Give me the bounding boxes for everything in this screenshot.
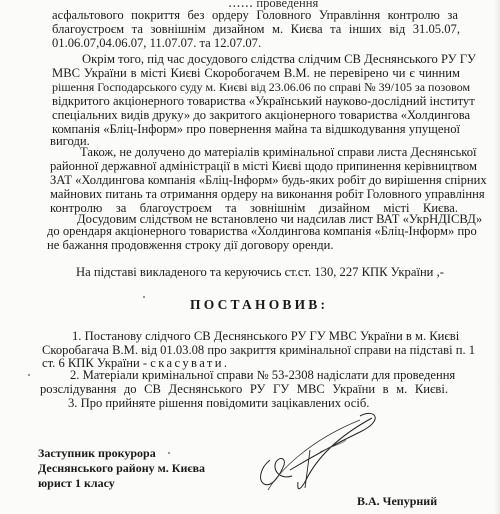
text-line: рішення Господарського суду м. Києві від…	[52, 80, 460, 94]
signatory-title-line: Заступник прокурора	[38, 446, 205, 461]
handwritten-signature-icon	[250, 410, 390, 500]
signatory-title: Заступник прокурора Деснянського району …	[38, 446, 205, 491]
text-line: МВС України в місті Києві Скоробогачем В…	[52, 66, 460, 80]
text-line: ЗАТ «Холдингова компанія «Бліц-Інформ» б…	[50, 173, 458, 187]
scanned-document-page: ‥‥‥ проведення асфальтового покриття без…	[0, 0, 500, 514]
text-line: 01.06.07,04.06.07, 11.07.07. та 12.07.07…	[52, 36, 261, 50]
text-line: не бажання продовження строку дії догово…	[47, 238, 334, 252]
resolution-item-2: 2. Матеріали кримінальної справи № 53-23…	[70, 368, 448, 382]
text-line: Окрім того, під час досудового слідства …	[82, 52, 460, 66]
text-line: відкритого акціонерного товариства «Укра…	[52, 94, 460, 108]
text-line: майнових питань та отримання ордеру на в…	[50, 187, 458, 201]
resolution-item-1-cont: Скоробагача В.М. від 01.03.08 про закрит…	[42, 343, 458, 357]
text-line: до орендаря акціонерного товариства «Хол…	[47, 224, 455, 238]
resolution-item-2-cont: розслідування до СВ Деснянського РУ ГУ М…	[40, 382, 448, 396]
resolution-heading: ПОСТАНОВИВ:	[190, 297, 328, 313]
resolution-item-3: 3. Про прийняте рішення повідомити зацік…	[68, 396, 369, 410]
resolution-item-1: 1. Постанову слідчого СВ Деснянського РУ…	[72, 329, 457, 343]
text-line: асфальтового покриття без ордеру Головно…	[52, 8, 458, 22]
text-line: компанія «Бліц-Інформ» про повернення ма…	[52, 122, 460, 136]
scan-speck	[28, 374, 30, 376]
text-line: районної державної адміністрації в місті…	[50, 159, 458, 173]
signatory-title-line: Деснянського району м. Києва	[38, 461, 205, 476]
signatory-name: В.А. Чепурний	[357, 494, 437, 509]
page-edge-shadow	[494, 0, 500, 514]
text-line: спеціальних видів друку» до закритого ак…	[52, 108, 460, 122]
scan-speck	[168, 452, 170, 454]
signatory-title-line: юрист 1 класу	[38, 476, 205, 491]
text-line: На підставі викладеного та керуючись ст.…	[76, 265, 444, 279]
text-line: благоустроєм та зовнішнім дизайном м. Ки…	[52, 22, 460, 36]
text-line: Також, не долучено до матеріалів криміна…	[80, 145, 458, 159]
scan-speck	[143, 296, 145, 298]
